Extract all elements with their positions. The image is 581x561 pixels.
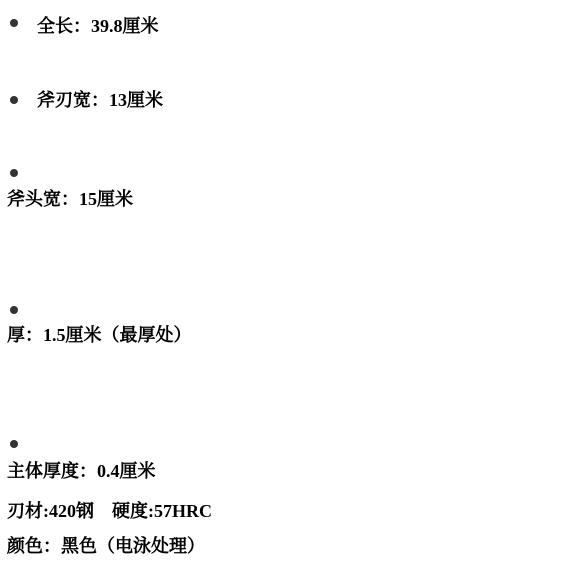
product-spec-page: 全长：39.8厘米 斧刃宽：13厘米 斧头宽：15厘米 厚：1.5厘米（最厚处）… — [0, 0, 581, 561]
detail-line-blade-material: 刃材:420钢 硬度:57HRC — [7, 502, 212, 520]
spec-item-total-length: 全长：39.8厘米 — [37, 17, 159, 35]
spec-item-thickness: 厚：1.5厘米（最厚处） — [7, 326, 192, 344]
spec-item-body-thickness: 主体厚度：0.4厘米 — [7, 462, 156, 480]
spec-item-blade-width: 斧刃宽：13厘米 — [37, 91, 163, 109]
detail-line-color: 颜色：黑色（电泳处理） — [7, 537, 205, 555]
spec-item-head-width: 斧头宽：15厘米 — [7, 190, 133, 208]
bullet-icon — [10, 440, 18, 448]
bullet-icon — [10, 19, 18, 27]
bullet-icon — [10, 96, 18, 104]
bullet-icon — [10, 169, 18, 177]
bullet-icon — [10, 306, 18, 314]
